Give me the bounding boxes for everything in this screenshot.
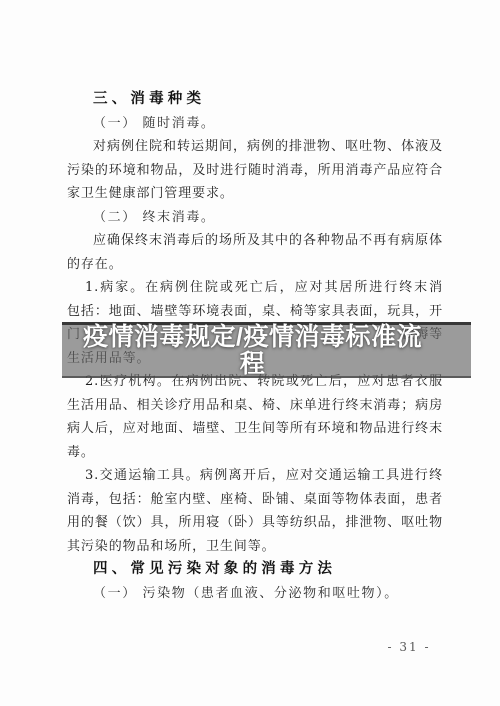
watermark-title-line1: 疫情消毒规定/疫情消毒标准流 [83,324,422,351]
text-line: 病人后，应对地面、墙壁、卫生间等所有环境和物品进行终末消 [67,417,443,441]
text-line: （一） 污染物（患者血液、分泌物和呕吐物）。 [67,582,443,606]
text-line: 对病例住院和转运期间，病例的排泄物、呕吐物、体液及其 [67,135,443,159]
text-line: 生活用品、相关诊疗用品和桌、椅、床单进行终末消毒；病房无 [67,394,443,418]
text-line: 污染的环境和物品，及时进行随时消毒，所用消毒产品应符合国 [67,159,443,183]
text-line: 毒。 [67,441,443,465]
text-line: 家卫生健康部门管理要求。 [67,182,443,206]
scanned-document-page: 三、消毒种类（一） 随时消毒。对病例住院和转运期间，病例的排泄物、呕吐物、体液及… [0,0,500,706]
text-line: 四、常见污染对象的消毒方法 [67,558,443,582]
text-line: 应确保终末消毒后的场所及其中的各种物品不再有病原体 [67,229,443,253]
watermark-banner: 疫情消毒规定/疫情消毒标准流 程 [62,322,471,378]
text-line: （二） 终末消毒。 [67,206,443,230]
watermark-title-line2: 程 [240,351,266,378]
text-line: 包括：地面、墙壁等环境表面，桌、椅等家具表面，玩具，开关、 [67,300,443,324]
page-number: - 31 - [384,640,434,654]
text-line: 3.交通运输工具。病例离开后，应对交通运输工具进行终末 [67,464,443,488]
text-line: 1.病家。在病例住院或死亡后，应对其居所进行终末消毒， [67,276,443,300]
text-line: 三、消毒种类 [67,88,443,112]
text-line: （一） 随时消毒。 [67,112,443,136]
text-line: 其污染的物品和场所，卫生间等。 [67,535,443,559]
text-line: 的存在。 [67,253,443,277]
text-line: 用的餐（饮）具，所用寝（卧）具等纺织品，排泄物、呕吐物及 [67,511,443,535]
text-line: 消毒，包括：舱室内壁、座椅、卧铺、桌面等物体表面，患者使 [67,488,443,512]
